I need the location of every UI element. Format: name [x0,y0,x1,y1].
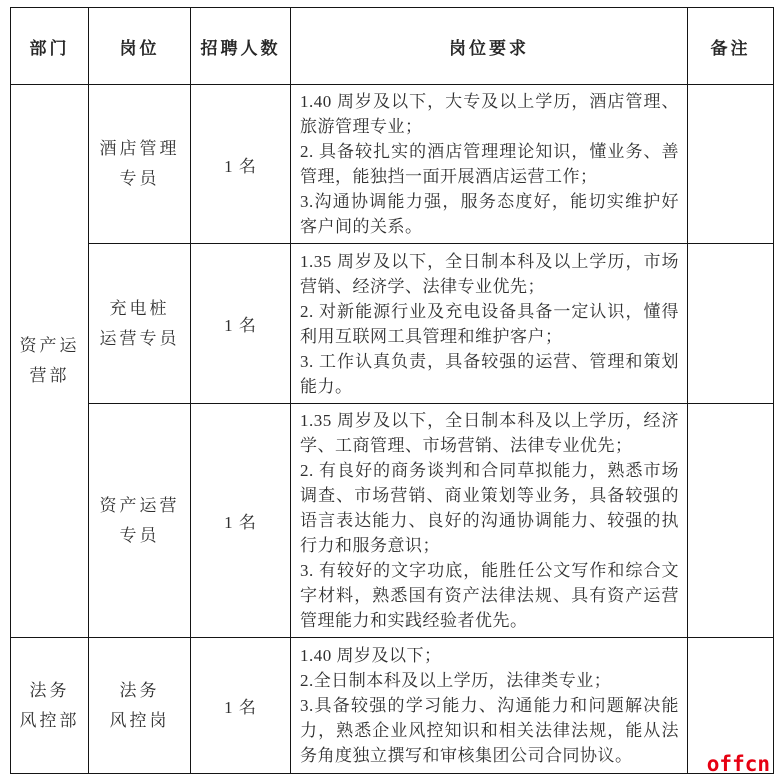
headcount-cell: 1 名 [191,244,291,404]
requirement-item: 1.35 周岁及以下，全日制本科及以上学历，经济学、工商管理、市场营销、法律专业… [300,408,679,458]
header-cell-position: 岗位 [89,8,191,85]
remarks-cell: offcn [688,638,774,774]
table-row: 资产运 营部 酒店管理 专员 1 名 1.40 周岁及以下，大专及以上学历，酒店… [11,85,774,244]
requirement-item: 2. 有良好的商务谈判和合同草拟能力，熟悉市场调查、市场营销、商业策划等业务，具… [300,458,679,558]
position-cell-charging-pile-operations: 充电桩 运营专员 [89,244,191,404]
department-cell-asset-operations: 资产运 营部 [11,85,89,638]
requirement-item: 2. 对新能源行业及充电设备具备一定认识，懂得利用互联网工具管理和维护客户； [300,299,679,349]
requirement-item: 3.具备较强的学习能力、沟通能力和问题解决能力，熟悉企业风控知识和相关法律法规，… [300,693,679,768]
offcn-watermark: offcn [707,752,770,774]
requirements-cell: 1.35 周岁及以下，全日制本科及以上学历，市场营销、经济学、法律专业优先； 2… [291,244,688,404]
department-cell-legal-risk-control: 法务 风控部 [11,638,89,774]
requirement-item: 2.全日制本科及以上学历，法律类专业； [300,668,679,693]
requirement-item: 1.35 周岁及以下，全日制本科及以上学历，市场营销、经济学、法律专业优先； [300,249,679,299]
headcount-cell: 1 名 [191,404,291,638]
header-cell-department: 部门 [11,8,89,85]
requirements-cell: 1.40 周岁及以下； 2.全日制本科及以上学历，法律类专业； 3.具备较强的学… [291,638,688,774]
requirement-item: 3.沟通协调能力强，服务态度好，能切实维护好客户间的关系。 [300,189,679,239]
requirement-item: 3. 工作认真负责，具备较强的运营、管理和策划能力。 [300,349,679,399]
table-row: 充电桩 运营专员 1 名 1.35 周岁及以下，全日制本科及以上学历，市场营销、… [11,244,774,404]
headcount-cell: 1 名 [191,638,291,774]
table-row: 资产运营 专员 1 名 1.35 周岁及以下，全日制本科及以上学历，经济学、工商… [11,404,774,638]
remarks-cell [688,244,774,404]
header-cell-requirements: 岗位要求 [291,8,688,85]
recruitment-table-container: 部门 岗位 招聘人数 岗位要求 备注 资产运 营部 酒店管理 专员 1 名 1.… [10,7,774,774]
header-cell-remarks: 备注 [688,8,774,85]
table-row: 法务 风控部 法务 风控岗 1 名 1.40 周岁及以下； 2.全日制本科及以上… [11,638,774,774]
position-cell-legal-risk-control-post: 法务 风控岗 [89,638,191,774]
requirements-cell: 1.35 周岁及以下，全日制本科及以上学历，经济学、工商管理、市场营销、法律专业… [291,404,688,638]
requirements-cell: 1.40 周岁及以下，大专及以上学历，酒店管理、旅游管理专业； 2. 具备较扎实… [291,85,688,244]
header-cell-headcount: 招聘人数 [191,8,291,85]
remarks-cell [688,404,774,638]
table-header-row: 部门 岗位 招聘人数 岗位要求 备注 [11,8,774,85]
recruitment-table: 部门 岗位 招聘人数 岗位要求 备注 资产运 营部 酒店管理 专员 1 名 1.… [10,7,774,774]
requirement-item: 3. 有较好的文字功底，能胜任公文写作和综合文字材料，熟悉国有资产法律法规、具有… [300,558,679,633]
requirement-item: 1.40 周岁及以下； [300,643,679,668]
position-cell-hotel-management: 酒店管理 专员 [89,85,191,244]
remarks-cell [688,85,774,244]
position-cell-asset-operations-specialist: 资产运营 专员 [89,404,191,638]
requirement-item: 2. 具备较扎实的酒店管理理论知识，懂业务、善管理，能独挡一面开展酒店运营工作； [300,139,679,189]
requirement-item: 1.40 周岁及以下，大专及以上学历，酒店管理、旅游管理专业； [300,89,679,139]
headcount-cell: 1 名 [191,85,291,244]
